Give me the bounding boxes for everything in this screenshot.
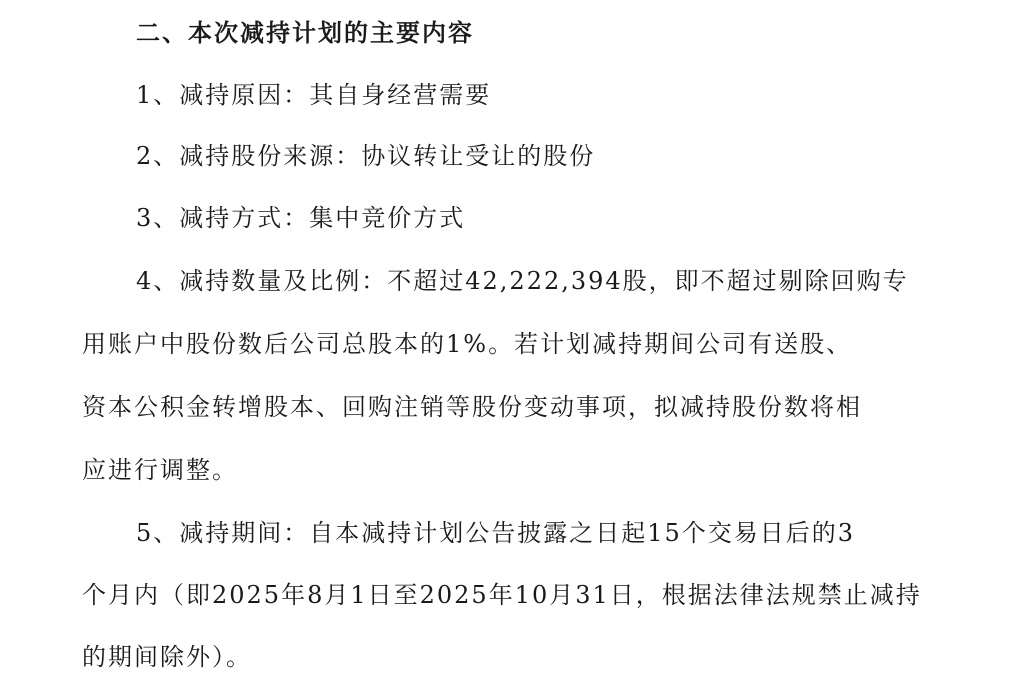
item-5-period-line-3: 的期间除外）。 (82, 642, 252, 672)
item-2-source: 2、减持股份来源：协议转让受让的股份 (136, 141, 595, 171)
item-5-period-line-2: 个月内（即2025年8月1日至2025年10月31日，根据法律法规禁止减持 (82, 580, 922, 610)
section-heading: 二、本次减持计划的主要内容 (136, 18, 474, 48)
item-1-reason: 1、减持原因：其自身经营需要 (136, 80, 491, 110)
item-4-quantity-line-4: 应进行调整。 (82, 455, 238, 485)
document-page: 二、本次减持计划的主要内容 1、减持原因：其自身经营需要 2、减持股份来源：协议… (0, 0, 1018, 678)
item-4-quantity-line-2: 用账户中股份数后公司总股本的1%。若计划减持期间公司有送股、 (82, 329, 852, 359)
item-4-quantity-line-1: 4、减持数量及比例：不超过42,222,394股，即不超过剔除回购专 (136, 266, 909, 296)
item-3-method: 3、减持方式：集中竞价方式 (136, 203, 465, 233)
item-4-quantity-line-3: 资本公积金转增股本、回购注销等股份变动事项，拟减持股份数将相 (82, 392, 862, 422)
item-5-period-line-1: 5、减持期间：自本减持计划公告披露之日起15个交易日后的3 (136, 518, 855, 548)
